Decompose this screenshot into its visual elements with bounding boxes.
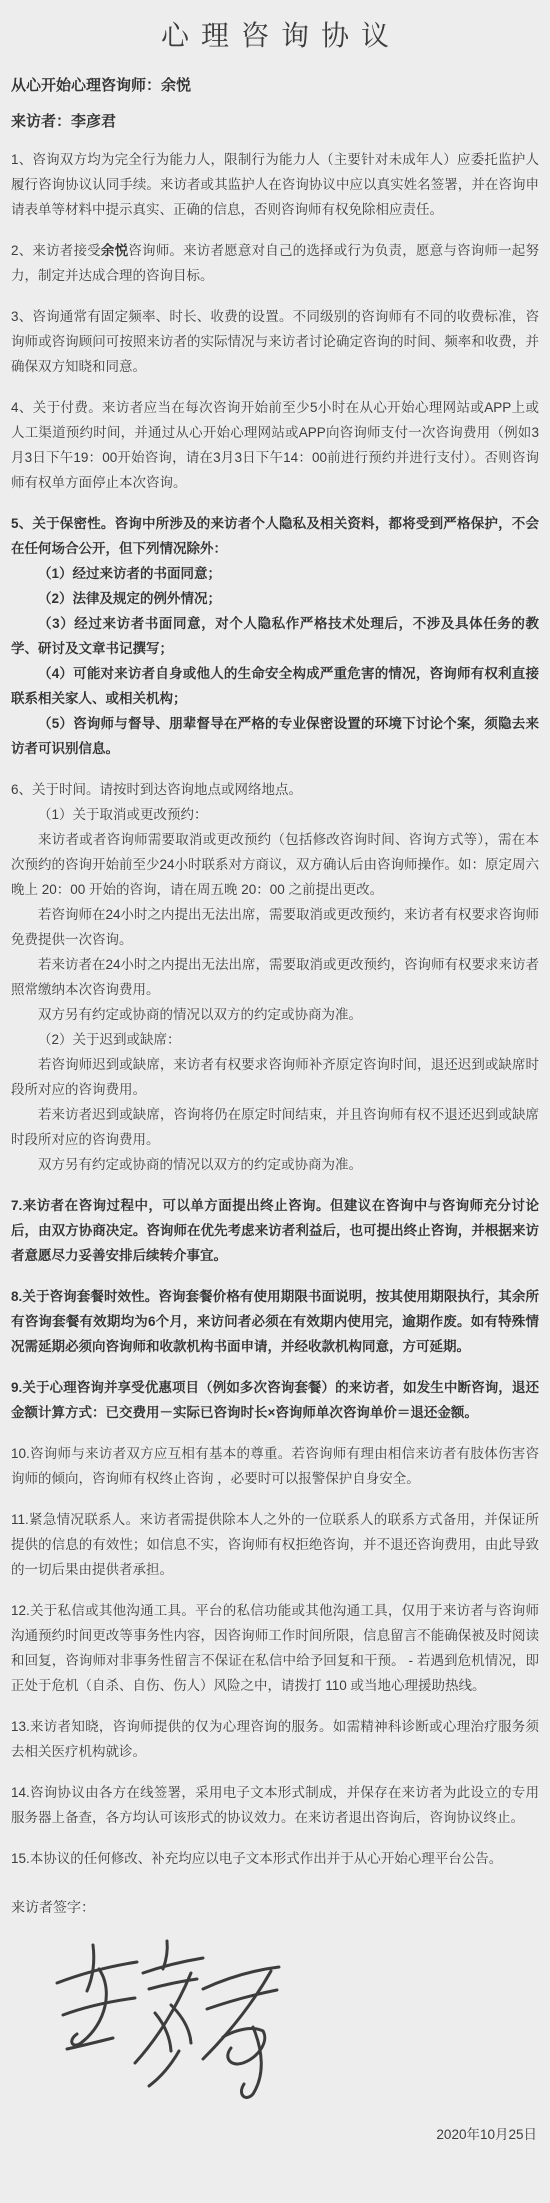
signature-svg: [51, 1931, 286, 2103]
clause-6: 6、关于时间。请按时到达咨询地点或网络地点。 （1）关于取消或更改预约： 来访者…: [11, 777, 539, 1177]
clause-15: 15.本协议的任何修改、补充均应以电子文本形式作出并于从心开始心理平台公告。: [11, 1846, 539, 1871]
clause-7: 7.来访者在咨询过程中，可以单方面提出终止咨询。但建议在咨询中与咨询师充分讨论后…: [11, 1193, 539, 1268]
clause-6-sub2-head: （2）关于迟到或缺席：: [11, 1027, 539, 1052]
clause-5-item-3: （3）经过来访者书面同意，对个人隐私作严格技术处理后，不涉及具体任务的教学、研讨…: [11, 611, 539, 661]
clause-13: 13.来访者知晓，咨询师提供的仅为心理咨询的服务。如需精神科诊断或心理治疗服务须…: [11, 1714, 539, 1764]
clause-3: 3、咨询通常有固定频率、时长、收费的设置。不同级别的咨询师有不同的收费标准，咨询…: [11, 304, 539, 379]
signature-image: [51, 1931, 286, 2103]
clause-6-sub2-para-3: 双方另有约定或协商的情况以双方的约定或协商为准。: [11, 1152, 539, 1177]
clause-6-sub1-para-3: 若来访者在24小时之内提出无法出席，需要取消或更改预约，咨询师有权要求来访者照常…: [11, 952, 539, 1002]
clause-6-sub2-para-2: 若来访者迟到或缺席，咨询将仍在原定时间结束，并且咨询师有权不退还迟到或缺席时段所…: [11, 1102, 539, 1152]
clause-11: 11.紧急情况联系人。来访者需提供除本人之外的一位联系人的联系方式备用，并保证所…: [11, 1507, 539, 1582]
clause-6-head: 6、关于时间。请按时到达咨询地点或网络地点。: [11, 777, 539, 802]
clause-5-item-5: （5）咨询师与督导、朋辈督导在严格的专业保密设置的环境下讨论个案，须隐去来访者可…: [11, 711, 539, 761]
clause-8: 8.关于咨询套餐时效性。咨询套餐价格有使用期限书面说明，按其使用期限执行，其余所…: [11, 1284, 539, 1359]
signature-label: 来访者签字：: [11, 1897, 539, 1917]
clause-5-item-1: （1）经过来访者的书面同意；: [11, 561, 539, 586]
client-line: 来访者：李彦君: [11, 110, 539, 131]
clause-5-item-2: （2）法律及规定的例外情况；: [11, 586, 539, 611]
clause-9: 9.关于心理咨询并享受优惠项目（例如多次咨询套餐）的来访者，如发生中断咨询，退还…: [11, 1375, 539, 1425]
clause-12: 12.关于私信或其他沟通工具。平台的私信功能或其他沟通工具，仅用于来访者与咨询师…: [11, 1598, 539, 1698]
clause-6-sub1-head: （1）关于取消或更改预约：: [11, 802, 539, 827]
clause-5-head: 5、关于保密性。咨询中所涉及的来访者个人隐私及相关资料，都将受到严格保护，不会在…: [11, 511, 539, 561]
clause-2: 2、来访者接受余悦咨询师。来访者愿意对自己的选择或行为负责，愿意与咨询师一起努力…: [11, 238, 539, 288]
date: 2020年10月25日: [11, 2123, 537, 2143]
clause-4: 4、关于付费。来访者应当在每次咨询开始前至少5小时在从心开始心理网站或APP上或…: [11, 395, 539, 495]
clause-6-sub2-para-1: 若咨询师迟到或缺席，来访者有权要求咨询师补齐原定咨询时间，退还迟到或缺席时段所对…: [11, 1052, 539, 1102]
page-title: 心理咨询协议: [11, 14, 539, 54]
clause-5-item-4: （4）可能对来访者自身或他人的生命安全构成严重危害的情况，咨询师有权利直接联系相…: [11, 661, 539, 711]
clause-6-sub1-para-4: 双方另有约定或协商的情况以双方的约定或协商为准。: [11, 1002, 539, 1027]
clause-10: 10.咨询师与来访者双方应互相有基本的尊重。若咨询师有理由相信来访者有肢体伤害咨…: [11, 1441, 539, 1491]
clause-5: 5、关于保密性。咨询中所涉及的来访者个人隐私及相关资料，都将受到严格保护，不会在…: [11, 511, 539, 761]
clause-14: 14.咨询协议由各方在线签署，采用电子文本形式制成，并保存在来访者为此设立的专用…: [11, 1780, 539, 1830]
clause-1: 1、咨询双方均为完全行为能力人，限制行为能力人（主要针对未成年人）应委托监护人履…: [11, 147, 539, 222]
clause-6-sub1-para-2: 若咨询师在24小时之内提出无法出席，需要取消或更改预约，来访者有权要求咨询师免费…: [11, 902, 539, 952]
agreement-document: 心理咨询协议 从心开始心理咨询师：余悦 来访者：李彦君 1、咨询双方均为完全行为…: [0, 0, 550, 2203]
clause-2-counselor-name: 余悦: [101, 243, 128, 258]
clause-2-pre: 2、来访者接受: [11, 243, 101, 258]
clause-6-sub1-para-1: 来访者或者咨询师需要取消或更改预约（包括修改咨询时间、咨询方式等），需在本次预约…: [11, 827, 539, 902]
counselor-line: 从心开始心理咨询师：余悦: [11, 74, 539, 95]
